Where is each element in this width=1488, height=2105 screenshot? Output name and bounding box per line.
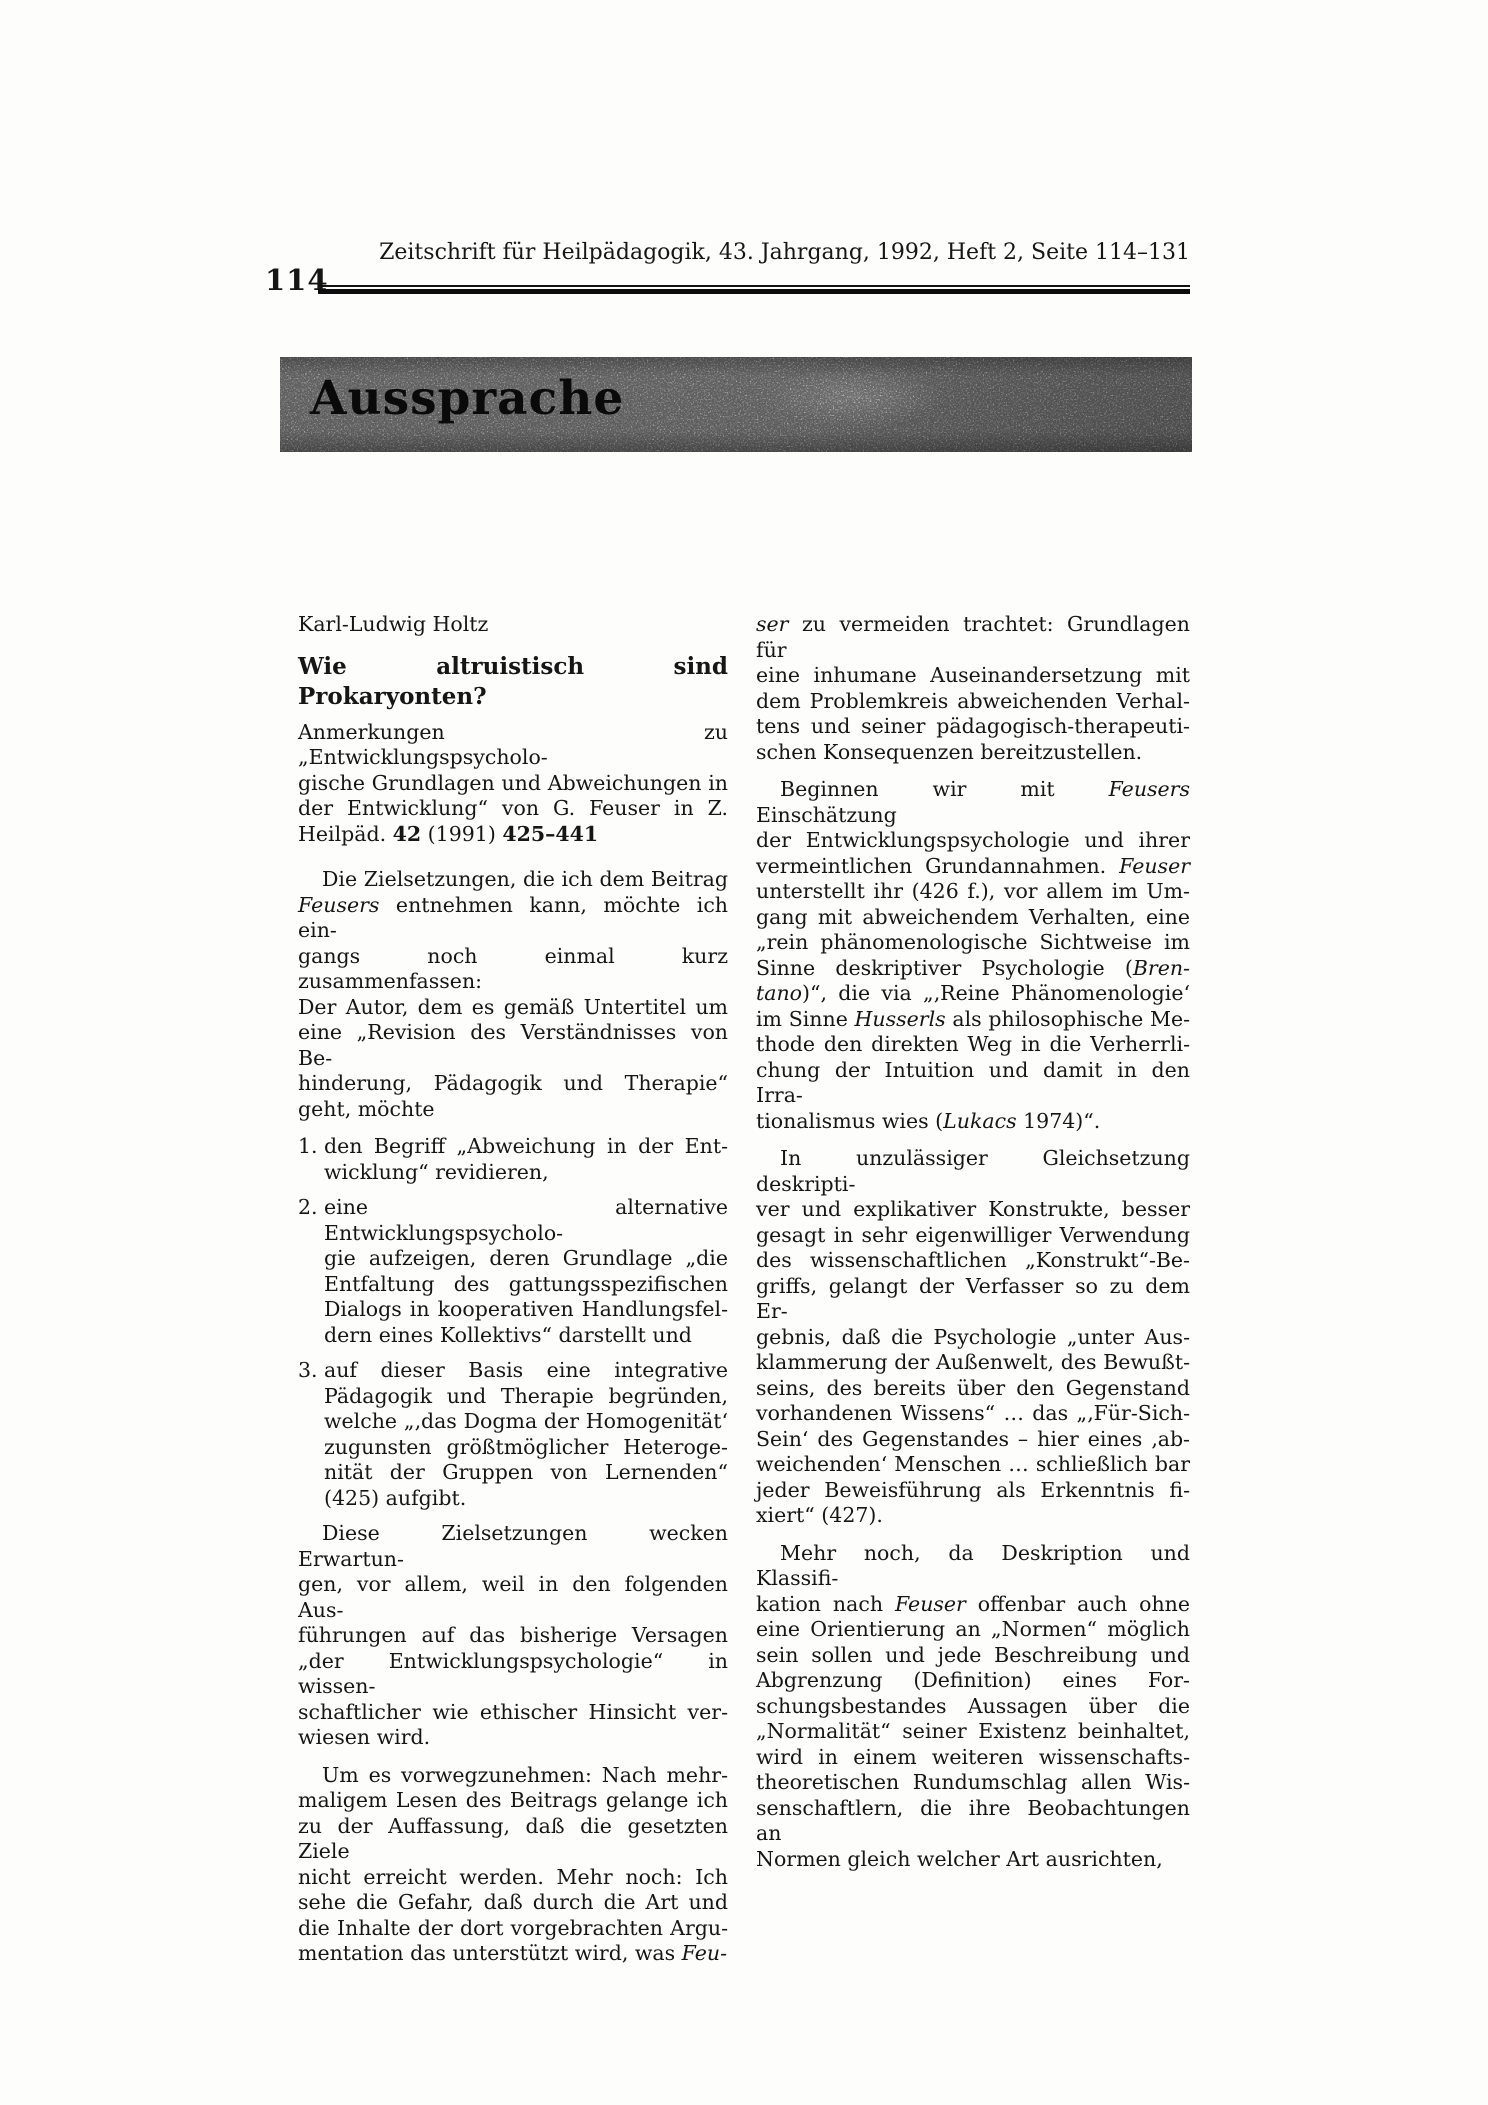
text-line: „Normalität“ seiner Existenz beinhaltet, (756, 1719, 1190, 1745)
header-rule-thick (318, 289, 1190, 294)
text-line: Mehr noch, da Deskription und Klassifi- (756, 1541, 1190, 1592)
right-column: ser zu vermeiden trachtet: Grundlagen fü… (756, 612, 1190, 1979)
list-item-text: auf dieser Basis eine integrativePädagog… (324, 1358, 728, 1511)
text-line: Der Autor, dem es gemäß Untertitel um (298, 995, 728, 1021)
text-line: chung der Intuition und damit in den Irr… (756, 1058, 1190, 1109)
text-line: ser zu vermeiden trachtet: Grundlagen fü… (756, 612, 1190, 663)
text-line: im Sinne Husserls als philosophische Me- (756, 1007, 1190, 1033)
header-rule-thin (318, 285, 1190, 287)
text-line: vermeintlichen Grundannahmen. Feuser (756, 854, 1190, 880)
text-line: Beginnen wir mit Feusers Einschätzung (756, 777, 1190, 828)
article-subtitle: Anmerkungen zu „Entwicklungspsycholo-gis… (298, 720, 728, 848)
text-line: gie aufzeigen, deren Grundlage „die (324, 1246, 728, 1272)
text-line: Dialogs in kooperativen Handlungsfel- (324, 1297, 728, 1323)
text-line: vorhandenen Wissens“ … das „‚Für-Sich- (756, 1401, 1190, 1427)
text-line: gesagt in sehr eigenwilliger Verwendung (756, 1223, 1190, 1249)
text-line: des wissenschaftlichen „Konstrukt“-Be- (756, 1248, 1190, 1274)
text-line: kation nach Feuser offenbar auch ohne (756, 1592, 1190, 1618)
text-line: zu der Auffassung, daß die gesetzten Zie… (298, 1814, 728, 1865)
article-author: Karl-Ludwig Holtz (298, 612, 728, 638)
text-line: seins, des bereits über den Gegenstand (756, 1376, 1190, 1402)
paragraph: Mehr noch, da Deskription und Klassifi-k… (756, 1541, 1190, 1873)
text-line: eine „Revision des Verständnisses von Be… (298, 1020, 728, 1071)
list-marker: 3. (298, 1358, 324, 1511)
text-line: nicht erreicht werden. Mehr noch: Ich (298, 1865, 728, 1891)
text-line: Entfaltung des gattungsspezifischen (324, 1272, 728, 1298)
text-line: gische Grundlagen und Abweichungen in (298, 771, 728, 797)
text-line: Anmerkungen zu „Entwicklungspsycholo- (298, 720, 728, 771)
text-line: geht, möchte (298, 1097, 728, 1123)
scanned-journal-page: 114 Zeitschrift für Heilpädagogik, 43. J… (0, 0, 1488, 2105)
text-line: Abgrenzung (Definition) eines For- (756, 1668, 1190, 1694)
list-marker: 2. (298, 1195, 324, 1348)
text-line: führungen auf das bisherige Versagen (298, 1623, 728, 1649)
header-double-rule (318, 285, 1190, 294)
text-line: wicklung“ revidieren, (324, 1160, 728, 1186)
text-line: weichenden‘ Menschen … schließlich bar (756, 1452, 1190, 1478)
list-marker: 1. (298, 1134, 324, 1185)
paragraph: In unzulässiger Gleichsetzung deskripti-… (756, 1146, 1190, 1529)
text-line: Sinne deskriptiver Psychologie (Bren- (756, 956, 1190, 982)
paragraph: ser zu vermeiden trachtet: Grundlagen fü… (756, 612, 1190, 765)
paragraph: Diese Zielsetzungen wecken Erwartun-gen,… (298, 1521, 728, 1751)
text-line: tano)“, die via „‚Reine Phänomenologie‘ (756, 981, 1190, 1007)
journal-header: Zeitschrift für Heilpädagogik, 43. Jahrg… (379, 240, 1190, 265)
text-line: wird in einem weiteren wissenschafts- (756, 1745, 1190, 1771)
article-title: Wie altruistisch sind Prokaryonten? (298, 652, 728, 712)
text-line: der Entwicklungspsychologie und ihrer (756, 828, 1190, 854)
text-line: tionalismus wies (Lukacs 1974)“. (756, 1109, 1190, 1135)
paragraph: Beginnen wir mit Feusers Einschätzungder… (756, 777, 1190, 1134)
text-line: unterstellt ihr (426 f.), vor allem im U… (756, 879, 1190, 905)
text-line: schen Konsequenzen bereitzustellen. (756, 740, 1190, 766)
text-line: eine Orientierung an „Normen“ möglich (756, 1617, 1190, 1643)
text-line: ver und explikativer Konstrukte, besser (756, 1197, 1190, 1223)
text-line: dem Problemkreis abweichenden Verhal- (756, 689, 1190, 715)
text-line: Karl-Ludwig Holtz (298, 612, 728, 638)
text-line: zugunsten größtmöglicher Heteroge- (324, 1435, 728, 1461)
left-column: Karl-Ludwig HoltzWie altruistisch sind P… (298, 612, 728, 1979)
text-line: eine inhumane Auseinandersetzung mit (756, 663, 1190, 689)
text-line: klammerung der Außenwelt, des Bewußt- (756, 1350, 1190, 1376)
list-item: 2.eine alternative Entwicklungspsycholo-… (298, 1195, 728, 1348)
text-line: tens und seiner pädagogisch-therapeuti- (756, 714, 1190, 740)
text-line: „rein phänomenologische Sichtweise im (756, 930, 1190, 956)
text-line: eine alternative Entwicklungspsycholo- (324, 1195, 728, 1246)
text-line: welche „‚das Dogma der Homogenität‘ (324, 1409, 728, 1435)
text-line: der Entwicklung“ von G. Feuser in Z. (298, 796, 728, 822)
list-item-text: eine alternative Entwicklungspsycholo-gi… (324, 1195, 728, 1348)
text-line: thode den direkten Weg in die Verherrli- (756, 1032, 1190, 1058)
text-line: gen, vor allem, weil in den folgenden Au… (298, 1572, 728, 1623)
text-line: hinderung, Pädagogik und Therapie“ (298, 1071, 728, 1097)
text-line: (425) aufgibt. (324, 1486, 728, 1512)
text-line: Die Zielsetzungen, die ich dem Beitrag (298, 867, 728, 893)
text-line: Diese Zielsetzungen wecken Erwartun- (298, 1521, 728, 1572)
list-item-text: den Begriff „Abweichung in der Ent-wickl… (324, 1134, 728, 1185)
text-line: wiesen wird. (298, 1725, 728, 1751)
text-line: sehe die Gefahr, daß durch die Art und (298, 1890, 728, 1916)
text-line: theoretischen Rundumschlag allen Wis- (756, 1770, 1190, 1796)
text-line: griffs, gelangt der Verfasser so zu dem … (756, 1274, 1190, 1325)
text-line: sein sollen und jede Beschreibung und (756, 1643, 1190, 1669)
two-column-text: Karl-Ludwig HoltzWie altruistisch sind P… (298, 612, 1190, 1979)
text-line: die Inhalte der dort vorgebrachten Argu- (298, 1916, 728, 1942)
paragraph: Um es vorwegzunehmen: Nach mehr-maligem … (298, 1763, 728, 1967)
text-line: nität der Gruppen von Lernenden“ (324, 1460, 728, 1486)
text-line: Wie altruistisch sind Prokaryonten? (298, 652, 728, 712)
text-line: „der Entwicklungspsychologie“ in wissen- (298, 1649, 728, 1700)
text-line: dern eines Kollektivs“ darstellt und (324, 1323, 728, 1349)
text-line: den Begriff „Abweichung in der Ent- (324, 1134, 728, 1160)
text-line: Normen gleich welcher Art ausrichten, (756, 1847, 1190, 1873)
section-banner: Aussprache (280, 357, 1192, 452)
text-line: Heilpäd. 42 (1991) 425–441 (298, 822, 728, 848)
text-line: Feusers entnehmen kann, möchte ich ein- (298, 893, 728, 944)
text-line: maligem Lesen des Beitrags gelange ich (298, 1788, 728, 1814)
text-line: mentation das unterstützt wird, was Feu- (298, 1941, 728, 1967)
text-line: Sein‘ des Gegenstandes – hier eines ‚ab- (756, 1427, 1190, 1453)
text-line: gang mit abweichendem Verhalten, eine (756, 905, 1190, 931)
text-line: xiert“ (427). (756, 1503, 1190, 1529)
section-title: Aussprache (310, 371, 624, 426)
paragraph: Die Zielsetzungen, die ich dem BeitragFe… (298, 867, 728, 1122)
list-item: 3.auf dieser Basis eine integrativePädag… (298, 1358, 728, 1511)
text-line: Um es vorwegzunehmen: Nach mehr- (298, 1763, 728, 1789)
text-line: senschaftlern, die ihre Beobachtungen an (756, 1796, 1190, 1847)
text-line: schaftlicher wie ethischer Hinsicht ver- (298, 1700, 728, 1726)
text-line: jeder Beweisführung als Erkenntnis fi- (756, 1478, 1190, 1504)
text-line: gangs noch einmal kurz zusammenfassen: (298, 944, 728, 995)
text-line: In unzulässiger Gleichsetzung deskripti- (756, 1146, 1190, 1197)
text-line: Pädagogik und Therapie begründen, (324, 1384, 728, 1410)
text-line: gebnis, daß die Psychologie „unter Aus- (756, 1325, 1190, 1351)
text-line: auf dieser Basis eine integrative (324, 1358, 728, 1384)
text-line: schungsbestandes Aussagen über die (756, 1694, 1190, 1720)
list-item: 1.den Begriff „Abweichung in der Ent-wic… (298, 1134, 728, 1185)
